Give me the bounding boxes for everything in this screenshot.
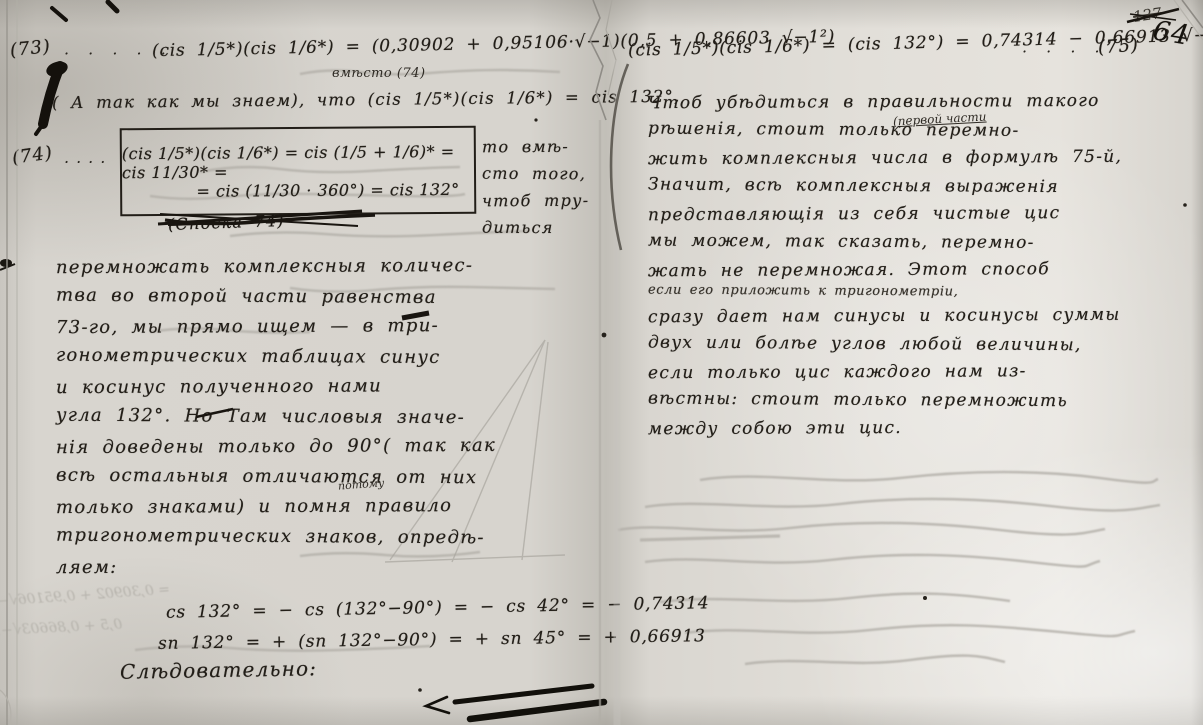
boxed-equation-74: (cis 1/5*)(cis 1/6*) = cis (1/5 + 1/6)* … (120, 126, 477, 216)
inserted-note: вмѣсто (74) (332, 66, 426, 81)
text-line: вѣстны: стоит только перемножить (648, 385, 1122, 416)
text-line: тва во второй части равенства (56, 281, 496, 314)
right-paragraph: Чтоб убѣдиться в правильности такогорѣше… (648, 88, 1122, 442)
text-line: нія доведены только до 90°( так как (56, 431, 496, 463)
text-line: и косинус полученного нами (56, 371, 496, 403)
equation-label-74: (74) (11, 142, 54, 168)
formula-cos-132: cs 132° = − cs (132°−90°) = − cs 42° = −… (166, 593, 710, 622)
closing-word: Слѣдовательно: (120, 656, 318, 683)
text-line: 73-го, мы прямо ищем — в три- (56, 311, 496, 343)
formula-sin-132: sn 132° = + (sn 132°−90°) = + sn 45° = +… (158, 626, 706, 654)
text-line: двух или болѣе углов любой величины, (648, 329, 1122, 360)
text-line: рѣшенія, стоит только перемно- (648, 115, 1122, 146)
equation-label-75: (75) (1097, 35, 1139, 59)
text-line: Значит, всѣ комплексныя выраженія (648, 171, 1122, 202)
pen-flourish-strokes (426, 686, 604, 719)
text-line: жать не перемножая. Этот способ (648, 255, 1122, 285)
bleedthrough-formula: 0,5 + 0,86603√−1 (0, 617, 123, 640)
text-line: чтоб тру- (482, 187, 590, 215)
text-line: сразу дает нам синусы и косинусы суммы (648, 301, 1122, 331)
leader-dots: .... (64, 148, 112, 167)
text-line: угла 132°. Но Там числовыя значе- (56, 401, 496, 434)
text-line: Чтоб убѣдиться в правильности такого (648, 87, 1122, 117)
text-line: ляем: (56, 551, 496, 583)
text-line: тригонометрических знаков, опредѣ- (56, 521, 496, 554)
text-line: гонометрических таблицах синус (56, 341, 496, 374)
equation-label-73: (73) (9, 36, 52, 61)
text-line: диться (482, 214, 590, 242)
crossed-out-note: (Сноска 74) (168, 211, 285, 234)
left-paragraph: перемножать комплексныя количес-тва во в… (56, 252, 496, 582)
bleedthrough-formula: = 0,30902 + 0,95106√−1 (0, 582, 171, 611)
text-line: если только цис каждого нам из- (648, 357, 1122, 387)
text-line: то вмѣ- (482, 133, 590, 161)
text-line-a: ( А так как мы знаем), что (cis 1/5*)(ci… (52, 87, 681, 113)
text-line: мы можем, так сказать, перемно- (648, 227, 1122, 258)
ink-blob-left-margin (0, 259, 15, 270)
text-line: жить комплексныя числа в формулѣ 75-й, (648, 143, 1122, 173)
text-line: только знаками) и помня правило (56, 491, 496, 523)
manuscript-scan: = 0,30902 + 0,95106√−1 0,5 + 0,86603√−1 … (0, 0, 1203, 725)
equation-74-line2: = cis (11/30 · 360°) = cis 132° (136, 179, 459, 200)
text-line: представляющія из себя чистые цис (648, 199, 1122, 229)
text-line: сто того, (482, 160, 590, 188)
text-line: всѣ остальныя отличаются от них (56, 461, 496, 494)
text-line: между собою эти цис. (648, 413, 1122, 443)
text-line: перемножать комплексныя количес- (56, 251, 496, 283)
equation-74-line1: (cis 1/5*)(cis 1/6*) = cis (1/5 + 1/6)* … (122, 141, 474, 181)
ink-arrow-mark (36, 2, 117, 134)
aside-column: то вмѣ-сто того,чтоб тру-диться (482, 133, 589, 241)
leader-dots: · · · · (1022, 42, 1107, 61)
